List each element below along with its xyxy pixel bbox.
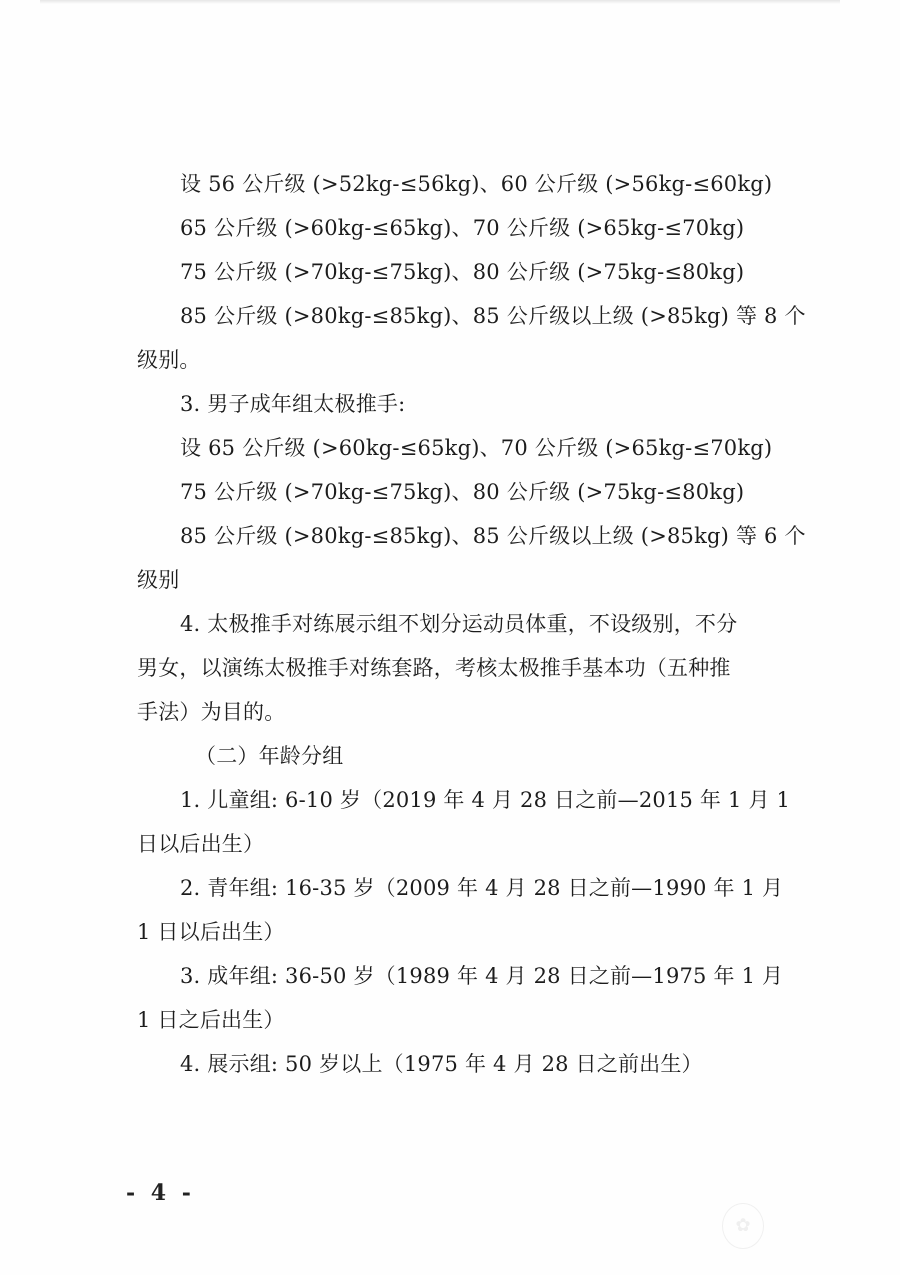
age-group-youth-line-1: 2. 青年组: 16-35 岁（2009 年 4 月 28 日之前—1990 年… [137, 870, 765, 914]
age-group-exhibition-line: 4. 展示组: 50 岁以上（1975 年 4 月 28 日之前出生） [137, 1046, 765, 1090]
weight-class-line-5: 级别。 [137, 342, 765, 386]
document-body: 设 56 公斤级 (>52kg-≤56kg)、60 公斤级 (>56kg-≤60… [137, 166, 765, 1090]
men-weight-class-line-1: 设 65 公斤级 (>60kg-≤65kg)、70 公斤级 (>65kg-≤70… [137, 430, 765, 474]
men-weight-class-line-4: 级别 [137, 562, 765, 606]
page-number: - 4 - [126, 1180, 195, 1206]
men-weight-class-line-3: 85 公斤级 (>80kg-≤85kg)、85 公斤级以上级 (>85kg) 等… [137, 518, 765, 562]
section-heading-age-groups: （二）年龄分组 [137, 738, 765, 782]
age-group-adult-line-2: 1 日之后出生） [137, 1002, 765, 1046]
weight-class-line-1: 设 56 公斤级 (>52kg-≤56kg)、60 公斤级 (>56kg-≤60… [137, 166, 765, 210]
weight-class-line-4: 85 公斤级 (>80kg-≤85kg)、85 公斤级以上级 (>85kg) 等… [137, 298, 765, 342]
age-group-adult-line-1: 3. 成年组: 36-50 岁（1989 年 4 月 28 日之前—1975 年… [137, 958, 765, 1002]
weight-class-line-3: 75 公斤级 (>70kg-≤75kg)、80 公斤级 (>75kg-≤80kg… [137, 254, 765, 298]
item-4-line-2: 男女，以演练太极推手对练套路，考核太极推手基本功（五种推 [137, 650, 765, 694]
item-4-line-1: 4. 太极推手对练展示组不划分运动员体重，不设级别，不分 [137, 606, 765, 650]
weight-class-line-2: 65 公斤级 (>60kg-≤65kg)、70 公斤级 (>65kg-≤70kg… [137, 210, 765, 254]
age-group-children-line-1: 1. 儿童组: 6-10 岁（2019 年 4 月 28 日之前—2015 年 … [137, 782, 765, 826]
document-page: 设 56 公斤级 (>52kg-≤56kg)、60 公斤级 (>56kg-≤60… [0, 0, 900, 1275]
age-group-youth-line-2: 1 日以后出生） [137, 914, 765, 958]
item-4-line-3: 手法）为目的。 [137, 694, 765, 738]
men-weight-class-line-2: 75 公斤级 (>70kg-≤75kg)、80 公斤级 (>75kg-≤80kg… [137, 474, 765, 518]
item-3-title: 3. 男子成年组太极推手: [137, 386, 765, 430]
seal-stamp-icon: ✿ [722, 1203, 764, 1249]
age-group-children-line-2: 日以后出生） [137, 826, 765, 870]
scan-top-edge [40, 0, 840, 4]
